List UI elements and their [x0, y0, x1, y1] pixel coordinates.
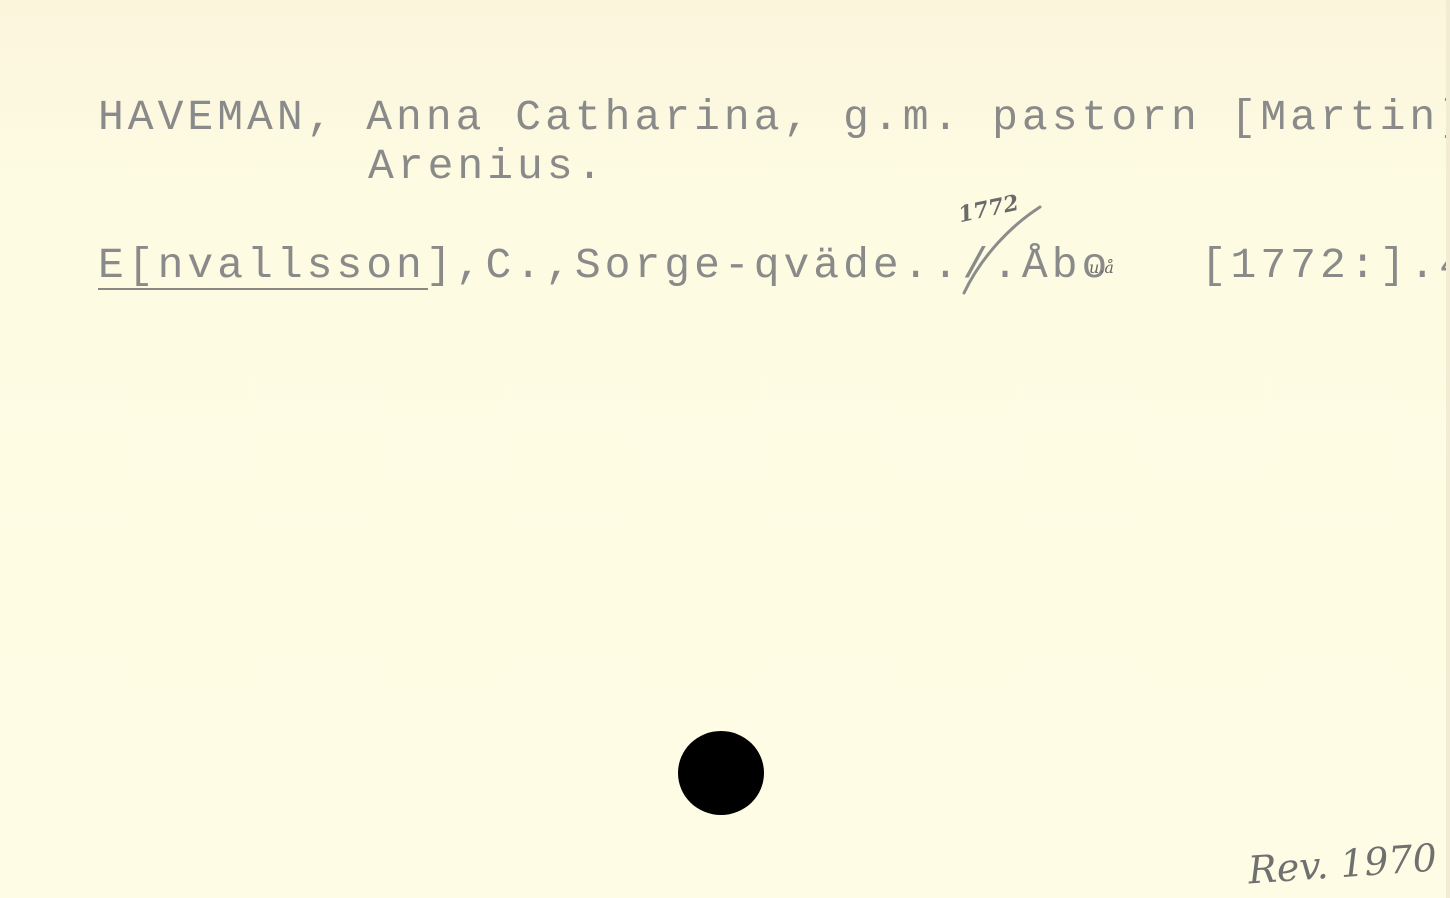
bibliographic-entry: E[nvallsson],C.,Sorge-qväde../.Åbo [1772… [98, 244, 1450, 287]
heading-continuation-line: Arenius. [368, 145, 606, 188]
handwritten-slash-mark [962, 205, 1042, 295]
heading-name-line: HAVEMAN, Anna Catharina, g.m. pastorn [M… [98, 96, 1450, 139]
author-underline [98, 288, 428, 290]
catalog-card: HAVEMAN, Anna Catharina, g.m. pastorn [M… [0, 0, 1450, 898]
punch-hole [678, 731, 764, 815]
handwritten-revision-note: Rev. 1970 [1247, 835, 1439, 892]
handwritten-place-note: u.å [1089, 258, 1114, 277]
card-edge [1446, 0, 1450, 898]
